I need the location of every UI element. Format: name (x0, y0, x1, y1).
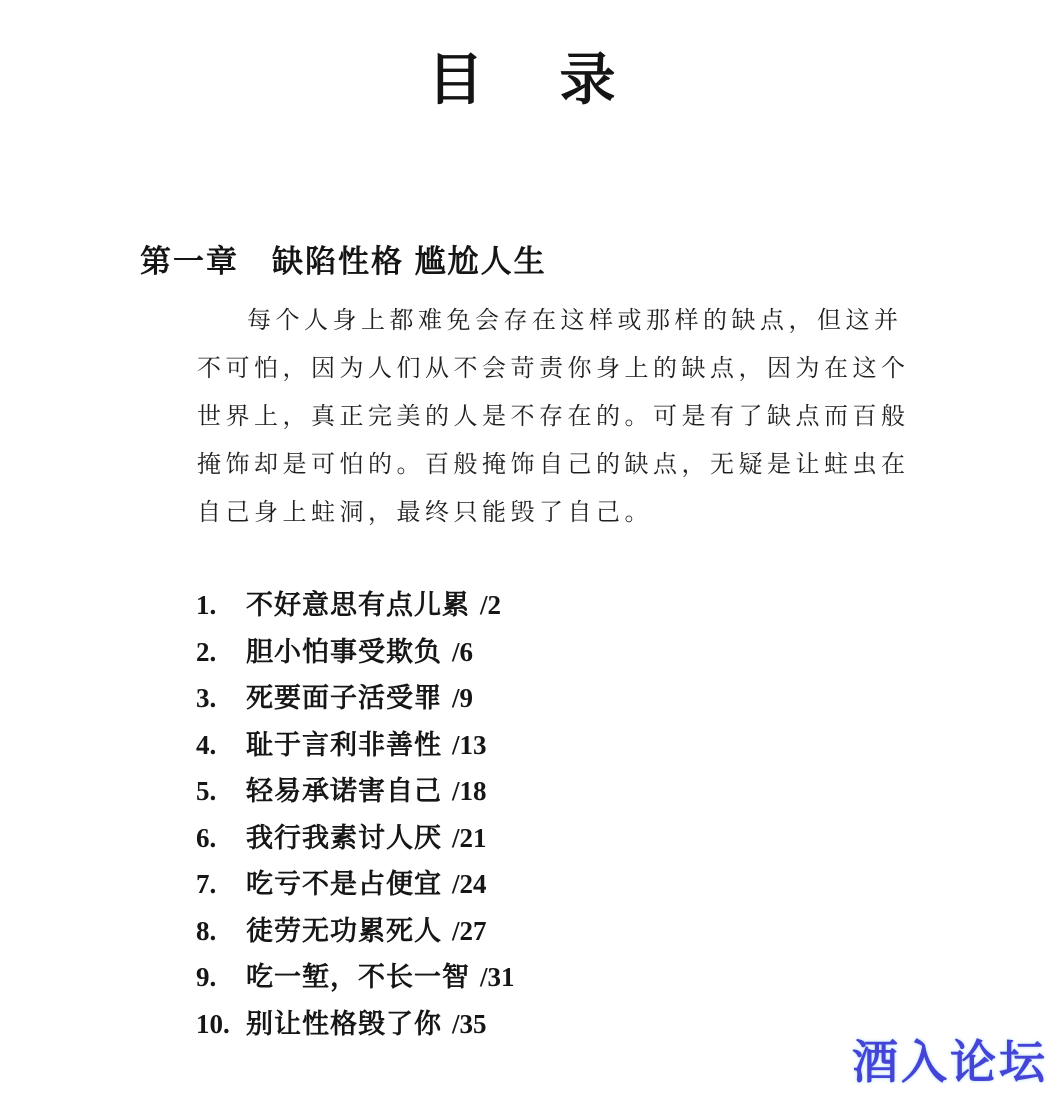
item-number: 5. (196, 768, 230, 815)
toc-item: 4.耻于言利非善性/13 (196, 722, 515, 769)
item-page: /27 (452, 916, 487, 946)
item-title: 胆小怕事受欺负 (246, 637, 442, 667)
toc-item: 10.别让性格毁了你/35 (196, 1001, 515, 1048)
item-page: /31 (480, 962, 515, 992)
item-page: /21 (452, 823, 487, 853)
toc-item: 1.不好意思有点儿累/2 (196, 582, 515, 629)
toc-item: 8.徒劳无功累死人/27 (196, 908, 515, 955)
item-title: 我行我素讨人厌 (246, 823, 442, 853)
item-number: 4. (196, 722, 230, 769)
chapter-heading: 第一章 缺陷性格 尴尬人生 (140, 236, 547, 281)
toc-item: 2.胆小怕事受欺负/6 (196, 629, 515, 676)
item-number: 2. (196, 629, 230, 676)
item-page: /9 (452, 683, 473, 713)
item-number: 6. (196, 815, 230, 862)
item-title: 吃亏不是占便宜 (246, 869, 442, 899)
item-page: /13 (452, 730, 487, 760)
item-number: 7. (196, 861, 230, 908)
item-number: 9. (196, 954, 230, 1001)
item-title: 别让性格毁了你 (246, 1009, 442, 1039)
item-title: 徒劳无功累死人 (246, 916, 442, 946)
item-page: /24 (452, 869, 487, 899)
chapter-intro: 每个人身上都难免会存在这样或那样的缺点，但这并 不可怕，因为人们从不会苛责你身上… (197, 296, 897, 536)
intro-line: 自己身上蛀洞，最终只能毁了自己。 (197, 488, 897, 536)
intro-line: 世界上，真正完美的人是不存在的。可是有了缺点而百般 (197, 392, 897, 440)
item-page: /18 (452, 776, 487, 806)
item-title: 死要面子活受罪 (246, 683, 442, 713)
item-number: 1. (196, 582, 230, 629)
forum-watermark: 酒入论坛 (852, 1026, 1048, 1092)
item-title: 耻于言利非善性 (246, 730, 442, 760)
toc-item: 7.吃亏不是占便宜/24 (196, 861, 515, 908)
item-title: 吃一堑，不长一智 (246, 962, 470, 992)
toc-item: 6.我行我素讨人厌/21 (196, 815, 515, 862)
item-title: 轻易承诺害自己 (246, 776, 442, 806)
item-number: 10. (196, 1001, 230, 1048)
intro-line: 掩饰却是可怕的。百般掩饰自己的缺点，无疑是让蛀虫在 (197, 440, 897, 488)
item-page: /35 (452, 1009, 487, 1039)
toc-list: 1.不好意思有点儿累/2 2.胆小怕事受欺负/6 3.死要面子活受罪/9 4.耻… (196, 582, 515, 1047)
intro-line: 不可怕，因为人们从不会苛责你身上的缺点，因为在这个 (197, 344, 897, 392)
toc-item: 5.轻易承诺害自己/18 (196, 768, 515, 815)
intro-line: 每个人身上都难免会存在这样或那样的缺点，但这并 (197, 296, 897, 344)
toc-title: 目 录 (0, 36, 1053, 116)
scanned-book-page: 目 录 第一章 缺陷性格 尴尬人生 每个人身上都难免会存在这样或那样的缺点，但这… (0, 0, 1053, 1094)
item-page: /6 (452, 637, 473, 667)
toc-item: 3.死要面子活受罪/9 (196, 675, 515, 722)
item-number: 8. (196, 908, 230, 955)
item-number: 3. (196, 675, 230, 722)
item-page: /2 (480, 590, 501, 620)
item-title: 不好意思有点儿累 (246, 590, 470, 620)
toc-item: 9.吃一堑，不长一智/31 (196, 954, 515, 1001)
